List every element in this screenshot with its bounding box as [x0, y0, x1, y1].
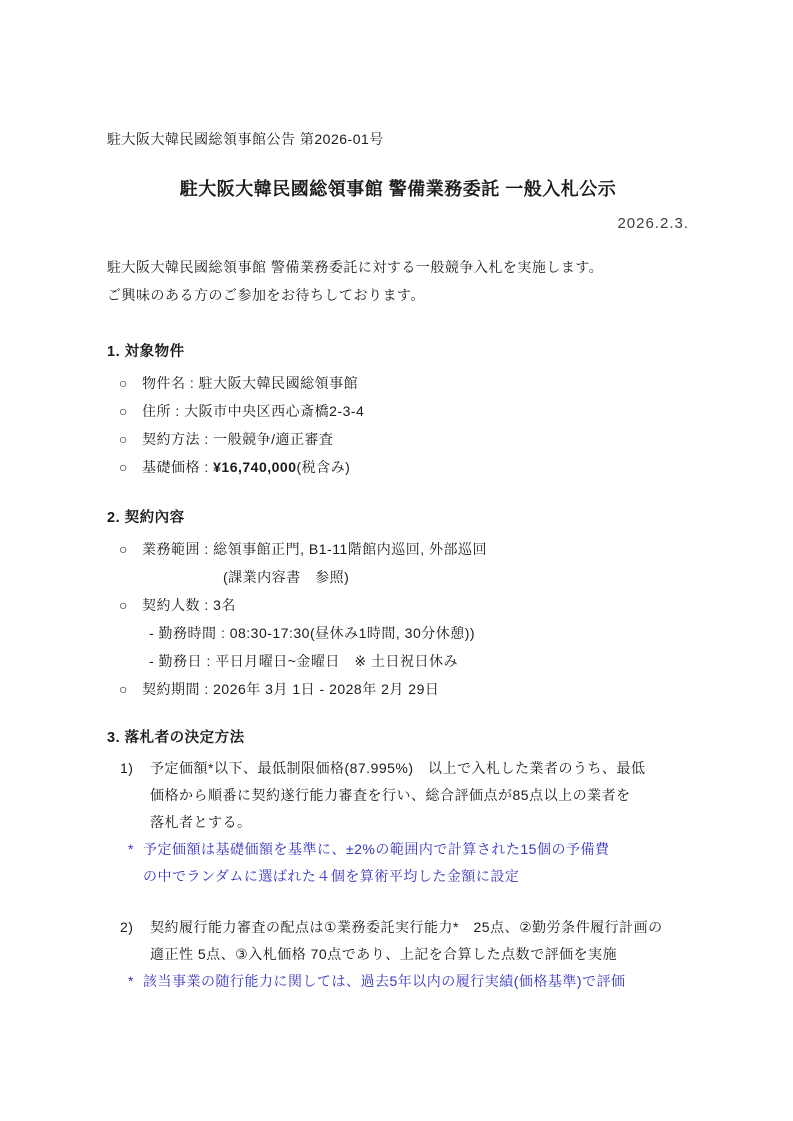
- award-criteria-item-2-text: 契約履行能力審査の配点は①業務委託実行能力* 25点、②勤労条件履行計画の 適正…: [150, 914, 663, 968]
- asterisk-icon: *: [128, 968, 134, 995]
- intro-line-1: 駐大阪大韓民國総領事館 警備業務委託に対する一般競争入札を実施します。: [107, 253, 689, 281]
- section3-heading: 3. 落札者の決定方法: [107, 727, 689, 749]
- staff-count-row: ○ 契約人数 : 3名: [107, 591, 689, 619]
- planned-price-note-line-1: 予定価額は基礎価額を基準に、±2%の範囲内で計算された15個の予備費: [143, 836, 610, 863]
- circle-bullet-icon: ○: [119, 369, 128, 397]
- contract-method-text: 契約方法 : 一般競争/適正審査: [142, 425, 334, 453]
- notice-number-header: 駐大阪大韓民國総領事館公告 第2026-01号: [107, 130, 689, 149]
- award-criteria-item-2: 2) 契約履行能力審査の配点は①業務委託実行能力* 25点、②勤労条件履行計画の…: [107, 914, 689, 968]
- item-number-2: 2): [120, 914, 150, 968]
- award-item-1-line-3: 落札者とする。: [150, 809, 646, 836]
- circle-bullet-icon: ○: [119, 675, 128, 703]
- work-scope-reference-note: (課業内容書 参照): [223, 563, 689, 591]
- award-criteria-item-1-text: 予定価額*以下、最低制限価格(87.995%) 以上で入札した業者のうち、最低 …: [150, 755, 646, 836]
- work-scope-row: ○ 業務範囲 : 総領事館正門, B1-11階館内巡回, 外部巡回: [107, 535, 689, 563]
- planned-price-note-line-2: の中でランダムに選ばれた４個を算術平均した金額に設定: [143, 863, 610, 890]
- award-criteria-item-1: 1) 予定価額*以下、最低制限価格(87.995%) 以上で入札した業者のうち、…: [107, 755, 689, 836]
- working-hours-row: - 勤務時間 : 08:30-17:30(昼休み1時間, 30分休憩)): [149, 619, 689, 647]
- award-item-1-line-1: 予定価額*以下、最低制限価格(87.995%) 以上で入札した業者のうち、最低: [150, 755, 646, 782]
- planned-price-note-text: 予定価額は基礎価額を基準に、±2%の範囲内で計算された15個の予備費 の中でラン…: [143, 836, 610, 890]
- property-name-text: 物件名 : 駐大阪大韓民國総領事館: [142, 369, 358, 397]
- planned-price-note: * 予定価額は基礎価額を基準に、±2%の範囲内で計算された15個の予備費 の中で…: [107, 836, 689, 890]
- base-price-row: ○ 基礎価格 : ¥16,740,000(税含み): [107, 453, 689, 481]
- work-scope-text: 業務範囲 : 総領事館正門, B1-11階館内巡回, 外部巡回: [142, 535, 487, 563]
- base-price-label: 基礎価格 :: [142, 459, 213, 475]
- award-item-2-line-1: 契約履行能力審査の配点は①業務委託実行能力* 25点、②勤労条件履行計画の: [150, 914, 663, 941]
- section-target-property: 1. 対象物件 ○ 物件名 : 駐大阪大韓民國総領事館 ○ 住所 : 大阪市中央…: [107, 341, 689, 481]
- address-row: ○ 住所 : 大阪市中央区西心斎橋2-3-4: [107, 397, 689, 425]
- contract-period-row: ○ 契約期間 : 2026年 3月 1日 - 2028年 2月 29日: [107, 675, 689, 703]
- award-item-2-line-2: 適正性 5点、③入札価格 70点であり、上記を合算した点数で評価を実施: [150, 941, 663, 968]
- staff-count-text: 契約人数 : 3名: [142, 591, 236, 619]
- notice-document-page: 駐大阪大韓民國総領事館公告 第2026-01号 駐大阪大韓民國総領事館 警備業務…: [0, 0, 793, 1121]
- base-price-suffix: (税含み): [297, 459, 351, 475]
- performance-evaluation-note: * 該当事業の随行能力に関しては、過去5年以内の履行実績(価格基準)で評価: [107, 968, 689, 995]
- circle-bullet-icon: ○: [119, 453, 128, 481]
- circle-bullet-icon: ○: [119, 425, 128, 453]
- document-date: 2026.2.3.: [107, 215, 689, 232]
- working-days-row: - 勤務日 : 平日月曜日~金曜日 ※ 土日祝日休み: [149, 647, 689, 675]
- section2-heading: 2. 契約內容: [107, 507, 689, 529]
- circle-bullet-icon: ○: [119, 397, 128, 425]
- section-award-method: 3. 落札者の決定方法 1) 予定価額*以下、最低制限価格(87.995%) 以…: [107, 727, 689, 995]
- document-content: 駐大阪大韓民國総領事館公告 第2026-01号 駐大阪大韓民國総領事館 警備業務…: [107, 130, 689, 995]
- circle-bullet-icon: ○: [119, 535, 128, 563]
- performance-evaluation-note-text: 該当事業の随行能力に関しては、過去5年以内の履行実績(価格基準)で評価: [143, 968, 626, 995]
- property-name-row: ○ 物件名 : 駐大阪大韓民國総領事館: [107, 369, 689, 397]
- document-title: 駐大阪大韓民國総領事館 警備業務委託 一般入札公示: [107, 175, 689, 201]
- section1-heading: 1. 対象物件: [107, 341, 689, 363]
- circle-bullet-icon: ○: [119, 591, 128, 619]
- address-text: 住所 : 大阪市中央区西心斎橋2-3-4: [142, 397, 364, 425]
- item-number-1: 1): [120, 755, 150, 836]
- base-price-text: 基礎価格 : ¥16,740,000(税含み): [142, 453, 350, 481]
- section-contract-details: 2. 契約內容 ○ 業務範囲 : 総領事館正門, B1-11階館内巡回, 外部巡…: [107, 507, 689, 703]
- contract-method-row: ○ 契約方法 : 一般競争/適正審査: [107, 425, 689, 453]
- intro-line-2: ご興味のある方のご参加をお待ちしております。: [107, 281, 689, 309]
- base-price-value: ¥16,740,000: [213, 459, 296, 475]
- contract-period-text: 契約期間 : 2026年 3月 1日 - 2028年 2月 29日: [142, 675, 439, 703]
- award-item-1-line-2: 価格から順番に契約遂行能力審査を行い、総合評価点が85点以上の業者を: [150, 782, 646, 809]
- intro-paragraph: 駐大阪大韓民國総領事館 警備業務委託に対する一般競争入札を実施します。 ご興味の…: [107, 253, 689, 309]
- asterisk-icon: *: [128, 836, 134, 890]
